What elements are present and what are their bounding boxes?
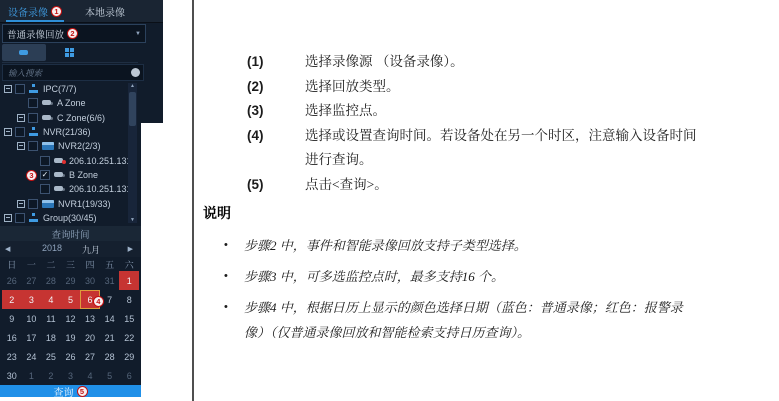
checkbox[interactable] <box>40 184 50 194</box>
weekday-label: 二 <box>41 257 61 271</box>
calendar-day[interactable]: 27 <box>80 347 100 366</box>
calendar-day[interactable]: 17 <box>22 328 42 347</box>
calendar-day[interactable]: 15 <box>119 309 139 328</box>
calendar-day[interactable]: 30 <box>2 366 22 385</box>
scrollbar-thumb[interactable] <box>129 92 136 126</box>
tab-local-recording-label: 本地录像 <box>85 4 125 19</box>
calendar-day[interactable]: 16 <box>2 328 22 347</box>
calendar-day[interactable]: 3 <box>22 290 42 309</box>
tree-node[interactable]: C Zone(6/6) <box>0 111 128 125</box>
step-4-badge: 4 <box>93 296 104 307</box>
calendar-day[interactable]: 28 <box>100 347 120 366</box>
calendar-day[interactable]: 20 <box>80 328 100 347</box>
note-item: •步骤2 中，事件和智能录像回放支持子类型选择。 <box>224 233 694 258</box>
step-item: (4)选择或设置查询时间。若设备处在另一个时区，注意输入设备时间进行查询。 <box>247 124 702 173</box>
calendar-month[interactable]: 九月 <box>74 243 108 256</box>
scroll-up-icon[interactable]: ▲ <box>130 83 135 89</box>
tab-device-recording-label: 设备录像 <box>8 4 48 19</box>
step-5-badge: 5 <box>77 386 88 397</box>
calendar-day[interactable]: 29 <box>119 347 139 366</box>
steps-list: (1)选择录像源 （设备录像）。(2)选择回放类型。(3)选择监控点。(4)选择… <box>247 50 702 197</box>
expand-toggle-icon[interactable] <box>4 214 12 222</box>
calendar-weekdays: 日一二三四五六 <box>2 257 139 271</box>
tree-node-label: Group(30/45) <box>43 213 97 223</box>
playback-source-tabbar: 设备录像 1 本地录像 <box>0 0 163 23</box>
camera-icon <box>42 99 53 107</box>
grid-icon <box>65 48 74 57</box>
tree-node[interactable]: Group(30/45) <box>0 211 128 225</box>
camera-icon <box>54 171 65 179</box>
camera-view-button[interactable] <box>2 44 46 61</box>
calendar-day[interactable]: 25 <box>41 347 61 366</box>
step-number: (2) <box>247 75 305 100</box>
calendar-day[interactable]: 8 <box>119 290 139 309</box>
tree-node-label: NVR(21/36) <box>43 127 91 137</box>
calendar-day[interactable]: 28 <box>41 271 61 290</box>
weekday-label: 三 <box>61 257 81 271</box>
tree-node[interactable]: 3B Zone <box>0 168 128 182</box>
expand-toggle-icon[interactable] <box>17 142 25 150</box>
weekday-label: 一 <box>22 257 42 271</box>
calendar-day[interactable]: 26 <box>2 271 22 290</box>
step-1-badge: 1 <box>51 6 62 17</box>
step-text: 选择或设置查询时间。若设备处在另一个时区，注意输入设备时间进行查询。 <box>305 124 702 173</box>
step-text: 选择录像源 （设备录像）。 <box>305 50 702 75</box>
step-2-badge: 2 <box>67 28 78 39</box>
bullet-icon: • <box>224 233 244 258</box>
calendar-day[interactable]: 26 <box>61 347 81 366</box>
camera-alert-icon <box>54 157 65 165</box>
calendar-nav: ◀ 2018 九月 ▶ <box>0 241 141 257</box>
tree-node-label: A Zone <box>57 98 86 108</box>
weekday-label: 四 <box>80 257 100 271</box>
tree-node[interactable]: IPC(7/7) <box>0 82 128 96</box>
query-button[interactable]: 查询 5 <box>0 385 141 397</box>
step-text: 点击<查询>。 <box>305 173 702 198</box>
prev-month-icon[interactable]: ◀ <box>5 245 10 253</box>
note-text: 步骤3 中，可多选监控点时，最多支持16 个。 <box>244 264 686 289</box>
nvr-icon <box>42 142 54 150</box>
chevron-down-icon: ▼ <box>135 31 141 37</box>
checkbox[interactable] <box>15 127 25 137</box>
notes-list: •步骤2 中，事件和智能录像回放支持子类型选择。•步骤3 中，可多选监控点时，最… <box>224 233 694 351</box>
step-number: (4) <box>247 124 305 173</box>
weekday-label: 六 <box>119 257 139 271</box>
note-item: •步骤4 中，根据日历上显示的颜色选择日期（蓝色：普通录像；红色：报警录像）（仅… <box>224 295 694 345</box>
calendar-year[interactable]: 2018 <box>32 243 72 253</box>
search-icon[interactable] <box>131 68 140 77</box>
calendar-day[interactable]: 14 <box>100 309 120 328</box>
panel-crop-area <box>141 123 163 397</box>
checkbox[interactable] <box>28 98 38 108</box>
expand-toggle-icon[interactable] <box>17 200 25 208</box>
tree-node[interactable]: NVR1(19/33) <box>0 196 128 210</box>
calendar-day[interactable]: 10 <box>22 309 42 328</box>
checkbox[interactable] <box>28 141 38 151</box>
device-recording-panel: 设备录像 1 本地录像 普通录像回放 2 ▼ IPC(7/7)A ZoneC Z… <box>0 0 163 397</box>
scroll-down-icon[interactable]: ▼ <box>130 217 135 223</box>
calendar-day[interactable]: 19 <box>61 328 81 347</box>
step-text: 选择监控点。 <box>305 99 702 124</box>
search-input[interactable] <box>6 67 131 79</box>
note-text: 步骤4 中，根据日历上显示的颜色选择日期（蓝色：普通录像；红色：报警录像）（仅普… <box>244 295 686 345</box>
expand-toggle-icon[interactable] <box>4 85 12 93</box>
bullet-icon: • <box>224 295 244 345</box>
search-box <box>2 64 144 81</box>
tree-node[interactable]: A Zone <box>0 96 128 110</box>
calendar-day[interactable]: 18 <box>41 328 61 347</box>
tree-node-label: 206.10.251.131_017_12 <box>69 184 128 194</box>
tree-node[interactable]: 206.10.251.131_017_12 <box>0 182 128 196</box>
separator-line <box>192 0 194 401</box>
tab-local-recording[interactable]: 本地录像 <box>70 0 140 22</box>
grid-view-button[interactable] <box>47 44 91 61</box>
calendar-grid: 2627282930311234564789101112131415161718… <box>2 271 139 385</box>
calendar-day[interactable]: 11 <box>41 309 61 328</box>
next-month-icon[interactable]: ▶ <box>128 245 133 253</box>
view-toolbar <box>2 44 138 63</box>
calendar-day[interactable]: 1 <box>22 366 42 385</box>
calendar-day[interactable]: 24 <box>22 347 42 366</box>
playback-type-select[interactable]: 普通录像回放 2 ▼ <box>2 24 146 43</box>
tree-node-label: NVR2(2/3) <box>58 141 101 151</box>
tree-node-label: B Zone <box>69 170 98 180</box>
expand-toggle-icon[interactable] <box>4 128 12 136</box>
playback-type-value: 普通录像回放 <box>7 27 64 41</box>
calendar-day[interactable]: 27 <box>22 271 42 290</box>
tree-node-label: 206.10.251.131_001_1.. <box>69 156 128 166</box>
step-item: (5)点击<查询>。 <box>247 173 702 198</box>
checkbox[interactable] <box>15 213 25 223</box>
device-tree: IPC(7/7)A ZoneC Zone(6/6)NVR(21/36)NVR2(… <box>0 82 128 225</box>
step-3-badge: 3 <box>26 170 37 181</box>
calendar-day[interactable]: 30 <box>80 271 100 290</box>
tree-scrollbar[interactable]: ▲ ▼ <box>128 83 137 223</box>
calendar-day[interactable]: 64 <box>80 290 100 309</box>
weekday-label: 日 <box>2 257 22 271</box>
calendar-day[interactable]: 3 <box>61 366 81 385</box>
step-item: (1)选择录像源 （设备录像）。 <box>247 50 702 75</box>
checkbox[interactable] <box>15 84 25 94</box>
query-button-label: 查询 <box>54 384 74 399</box>
checkbox[interactable] <box>40 170 50 180</box>
calendar-day[interactable]: 23 <box>2 347 22 366</box>
note-title: 说明 <box>203 203 231 223</box>
calendar-day[interactable]: 21 <box>100 328 120 347</box>
tree-node[interactable]: NVR(21/36) <box>0 125 128 139</box>
step-item: (2)选择回放类型。 <box>247 75 702 100</box>
calendar-day[interactable]: 12 <box>61 309 81 328</box>
calendar-day[interactable]: 1 <box>119 271 139 290</box>
step-text: 选择回放类型。 <box>305 75 702 100</box>
tree-node-label: IPC(7/7) <box>43 84 77 94</box>
step-number: (5) <box>247 173 305 198</box>
calendar-day[interactable]: 22 <box>119 328 139 347</box>
group-icon <box>29 127 39 137</box>
tree-node[interactable]: 206.10.251.131_001_1.. <box>0 153 128 167</box>
calendar-day[interactable]: 6 <box>119 366 139 385</box>
group-icon <box>29 213 39 223</box>
calendar-day[interactable]: 13 <box>80 309 100 328</box>
tree-node-label: NVR1(19/33) <box>58 199 111 209</box>
checkbox[interactable] <box>28 199 38 209</box>
camera-icon <box>42 114 53 122</box>
camera-icon <box>54 185 65 193</box>
page: 设备录像 1 本地录像 普通录像回放 2 ▼ IPC(7/7)A ZoneC Z… <box>0 0 779 401</box>
calendar-day[interactable]: 4 <box>80 366 100 385</box>
calendar-day[interactable]: 4 <box>41 290 61 309</box>
camera-icon <box>19 49 30 57</box>
step-number: (1) <box>247 50 305 75</box>
calendar-day[interactable]: 2 <box>2 290 22 309</box>
group-icon <box>29 84 39 94</box>
step-number: (3) <box>247 99 305 124</box>
bullet-icon: • <box>224 264 244 289</box>
step-item: (3)选择监控点。 <box>247 99 702 124</box>
calendar-day[interactable]: 29 <box>61 271 81 290</box>
query-time-header: 查询时间 <box>0 226 141 241</box>
note-item: •步骤3 中，可多选监控点时，最多支持16 个。 <box>224 264 694 289</box>
expand-toggle-icon[interactable] <box>17 114 25 122</box>
calendar-day[interactable]: 2 <box>41 366 61 385</box>
tree-node[interactable]: NVR2(2/3) <box>0 139 128 153</box>
calendar-day[interactable]: 5 <box>100 366 120 385</box>
calendar-day[interactable]: 5 <box>61 290 81 309</box>
weekday-label: 五 <box>100 257 120 271</box>
checkbox[interactable] <box>28 113 38 123</box>
note-text: 步骤2 中，事件和智能录像回放支持子类型选择。 <box>244 233 686 258</box>
checkbox[interactable] <box>40 156 50 166</box>
calendar-day[interactable]: 9 <box>2 309 22 328</box>
tree-node-label: C Zone(6/6) <box>57 113 105 123</box>
tab-device-recording[interactable]: 设备录像 1 <box>0 0 70 22</box>
nvr-icon <box>42 200 54 208</box>
calendar-day[interactable]: 31 <box>100 271 120 290</box>
